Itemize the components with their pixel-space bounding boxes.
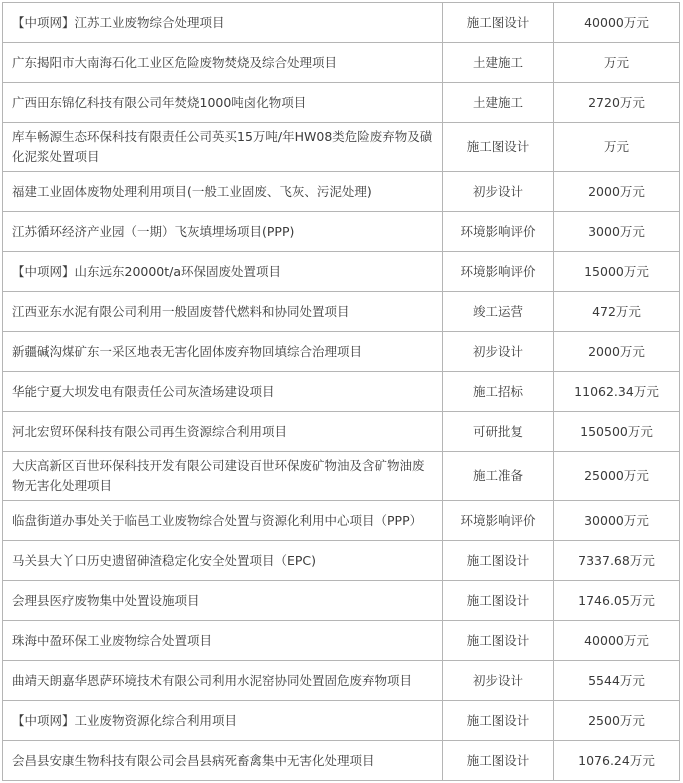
project-amount-cell: 2500万元 bbox=[554, 701, 680, 741]
table-row: 库车畅源生态环保科技有限责任公司英买15万吨/年HW08类危险废弃物及磺化泥浆处… bbox=[3, 123, 680, 172]
project-table-container: 【中项网】江苏工业废物综合处理项目 施工图设计 40000万元 广东揭阳市大南海… bbox=[2, 2, 680, 781]
table-row: 河北宏贸环保科技有限公司再生资源综合利用项目 可研批复 150500万元 bbox=[3, 412, 680, 452]
table-row: 马关县大丫口历史遗留砷渣稳定化安全处置项目（EPC) 施工图设计 7337.68… bbox=[3, 541, 680, 581]
project-stage-cell: 施工准备 bbox=[443, 452, 554, 501]
table-row: 新疆碱沟煤矿东一采区地表无害化固体废弃物回填综合治理项目 初步设计 2000万元 bbox=[3, 332, 680, 372]
project-table: 【中项网】江苏工业废物综合处理项目 施工图设计 40000万元 广东揭阳市大南海… bbox=[2, 2, 680, 781]
project-amount-cell: 2000万元 bbox=[554, 172, 680, 212]
project-name-cell: 珠海中盈环保工业废物综合处置项目 bbox=[3, 621, 443, 661]
project-name-cell: 新疆碱沟煤矿东一采区地表无害化固体废弃物回填综合治理项目 bbox=[3, 332, 443, 372]
project-stage-cell: 土建施工 bbox=[443, 43, 554, 83]
project-name-cell: 【中项网】工业废物资源化综合利用项目 bbox=[3, 701, 443, 741]
table-row: 大庆高新区百世环保科技开发有限公司建设百世环保废矿物油及含矿物油废物无害化处理项… bbox=[3, 452, 680, 501]
project-name-cell: 【中项网】江苏工业废物综合处理项目 bbox=[3, 3, 443, 43]
project-stage-cell: 初步设计 bbox=[443, 332, 554, 372]
project-amount-cell: 15000万元 bbox=[554, 252, 680, 292]
table-row: 华能宁夏大坝发电有限责任公司灰渣场建设项目 施工招标 11062.34万元 bbox=[3, 372, 680, 412]
project-name-cell: 会昌县安康生物科技有限公司会昌县病死畜禽集中无害化处理项目 bbox=[3, 741, 443, 781]
table-row: 广西田东锦亿科技有限公司年焚烧1000吨卤化物项目 土建施工 2720万元 bbox=[3, 83, 680, 123]
table-row: 临盘街道办事处关于临邑工业废物综合处置与资源化利用中心项目（PPP） 环境影响评… bbox=[3, 501, 680, 541]
project-name-cell: 河北宏贸环保科技有限公司再生资源综合利用项目 bbox=[3, 412, 443, 452]
project-amount-cell: 3000万元 bbox=[554, 212, 680, 252]
project-stage-cell: 可研批复 bbox=[443, 412, 554, 452]
project-stage-cell: 土建施工 bbox=[443, 83, 554, 123]
project-amount-cell: 1746.05万元 bbox=[554, 581, 680, 621]
project-name-cell: 会理县医疗废物集中处置设施项目 bbox=[3, 581, 443, 621]
project-name-cell: 【中项网】山东远东20000t/a环保固废处置项目 bbox=[3, 252, 443, 292]
project-amount-cell: 万元 bbox=[554, 43, 680, 83]
table-row: 曲靖天朗嘉华恩萨环境技术有限公司利用水泥窑协同处置固危废弃物项目 初步设计 55… bbox=[3, 661, 680, 701]
table-row: 江西亚东水泥有限公司利用一般固废替代燃料和协同处置项目 竣工运营 472万元 bbox=[3, 292, 680, 332]
project-stage-cell: 施工图设计 bbox=[443, 701, 554, 741]
table-row: 【中项网】工业废物资源化综合利用项目 施工图设计 2500万元 bbox=[3, 701, 680, 741]
table-row: 福建工业固体废物处理利用项目(一般工业固废、飞灰、污泥处理) 初步设计 2000… bbox=[3, 172, 680, 212]
project-stage-cell: 施工图设计 bbox=[443, 621, 554, 661]
project-amount-cell: 7337.68万元 bbox=[554, 541, 680, 581]
table-row: 【中项网】江苏工业废物综合处理项目 施工图设计 40000万元 bbox=[3, 3, 680, 43]
project-stage-cell: 施工图设计 bbox=[443, 541, 554, 581]
table-row: 会昌县安康生物科技有限公司会昌县病死畜禽集中无害化处理项目 施工图设计 1076… bbox=[3, 741, 680, 781]
project-name-cell: 江苏循环经济产业园（一期）飞灰填埋场项目(PPP) bbox=[3, 212, 443, 252]
table-row: 【中项网】山东远东20000t/a环保固废处置项目 环境影响评价 15000万元 bbox=[3, 252, 680, 292]
project-name-cell: 马关县大丫口历史遗留砷渣稳定化安全处置项目（EPC) bbox=[3, 541, 443, 581]
project-name-cell: 曲靖天朗嘉华恩萨环境技术有限公司利用水泥窑协同处置固危废弃物项目 bbox=[3, 661, 443, 701]
project-stage-cell: 环境影响评价 bbox=[443, 252, 554, 292]
table-row: 珠海中盈环保工业废物综合处置项目 施工图设计 40000万元 bbox=[3, 621, 680, 661]
table-row: 江苏循环经济产业园（一期）飞灰填埋场项目(PPP) 环境影响评价 3000万元 bbox=[3, 212, 680, 252]
project-amount-cell: 5544万元 bbox=[554, 661, 680, 701]
table-row: 广东揭阳市大南海石化工业区危险废物焚烧及综合处理项目 土建施工 万元 bbox=[3, 43, 680, 83]
project-stage-cell: 施工图设计 bbox=[443, 123, 554, 172]
project-name-cell: 福建工业固体废物处理利用项目(一般工业固废、飞灰、污泥处理) bbox=[3, 172, 443, 212]
project-amount-cell: 40000万元 bbox=[554, 621, 680, 661]
project-amount-cell: 1076.24万元 bbox=[554, 741, 680, 781]
project-stage-cell: 竣工运营 bbox=[443, 292, 554, 332]
project-name-cell: 江西亚东水泥有限公司利用一般固废替代燃料和协同处置项目 bbox=[3, 292, 443, 332]
project-name-cell: 广东揭阳市大南海石化工业区危险废物焚烧及综合处理项目 bbox=[3, 43, 443, 83]
project-stage-cell: 施工图设计 bbox=[443, 581, 554, 621]
project-name-cell: 广西田东锦亿科技有限公司年焚烧1000吨卤化物项目 bbox=[3, 83, 443, 123]
project-name-cell: 大庆高新区百世环保科技开发有限公司建设百世环保废矿物油及含矿物油废物无害化处理项… bbox=[3, 452, 443, 501]
table-row: 会理县医疗废物集中处置设施项目 施工图设计 1746.05万元 bbox=[3, 581, 680, 621]
project-stage-cell: 环境影响评价 bbox=[443, 501, 554, 541]
project-name-cell: 临盘街道办事处关于临邑工业废物综合处置与资源化利用中心项目（PPP） bbox=[3, 501, 443, 541]
project-amount-cell: 万元 bbox=[554, 123, 680, 172]
project-amount-cell: 2000万元 bbox=[554, 332, 680, 372]
project-name-cell: 库车畅源生态环保科技有限责任公司英买15万吨/年HW08类危险废弃物及磺化泥浆处… bbox=[3, 123, 443, 172]
project-stage-cell: 初步设计 bbox=[443, 661, 554, 701]
project-stage-cell: 初步设计 bbox=[443, 172, 554, 212]
project-amount-cell: 40000万元 bbox=[554, 3, 680, 43]
project-name-cell: 华能宁夏大坝发电有限责任公司灰渣场建设项目 bbox=[3, 372, 443, 412]
project-amount-cell: 150500万元 bbox=[554, 412, 680, 452]
project-stage-cell: 施工招标 bbox=[443, 372, 554, 412]
project-amount-cell: 472万元 bbox=[554, 292, 680, 332]
project-amount-cell: 11062.34万元 bbox=[554, 372, 680, 412]
project-stage-cell: 施工图设计 bbox=[443, 3, 554, 43]
project-amount-cell: 25000万元 bbox=[554, 452, 680, 501]
project-amount-cell: 2720万元 bbox=[554, 83, 680, 123]
project-stage-cell: 施工图设计 bbox=[443, 741, 554, 781]
project-stage-cell: 环境影响评价 bbox=[443, 212, 554, 252]
project-amount-cell: 30000万元 bbox=[554, 501, 680, 541]
